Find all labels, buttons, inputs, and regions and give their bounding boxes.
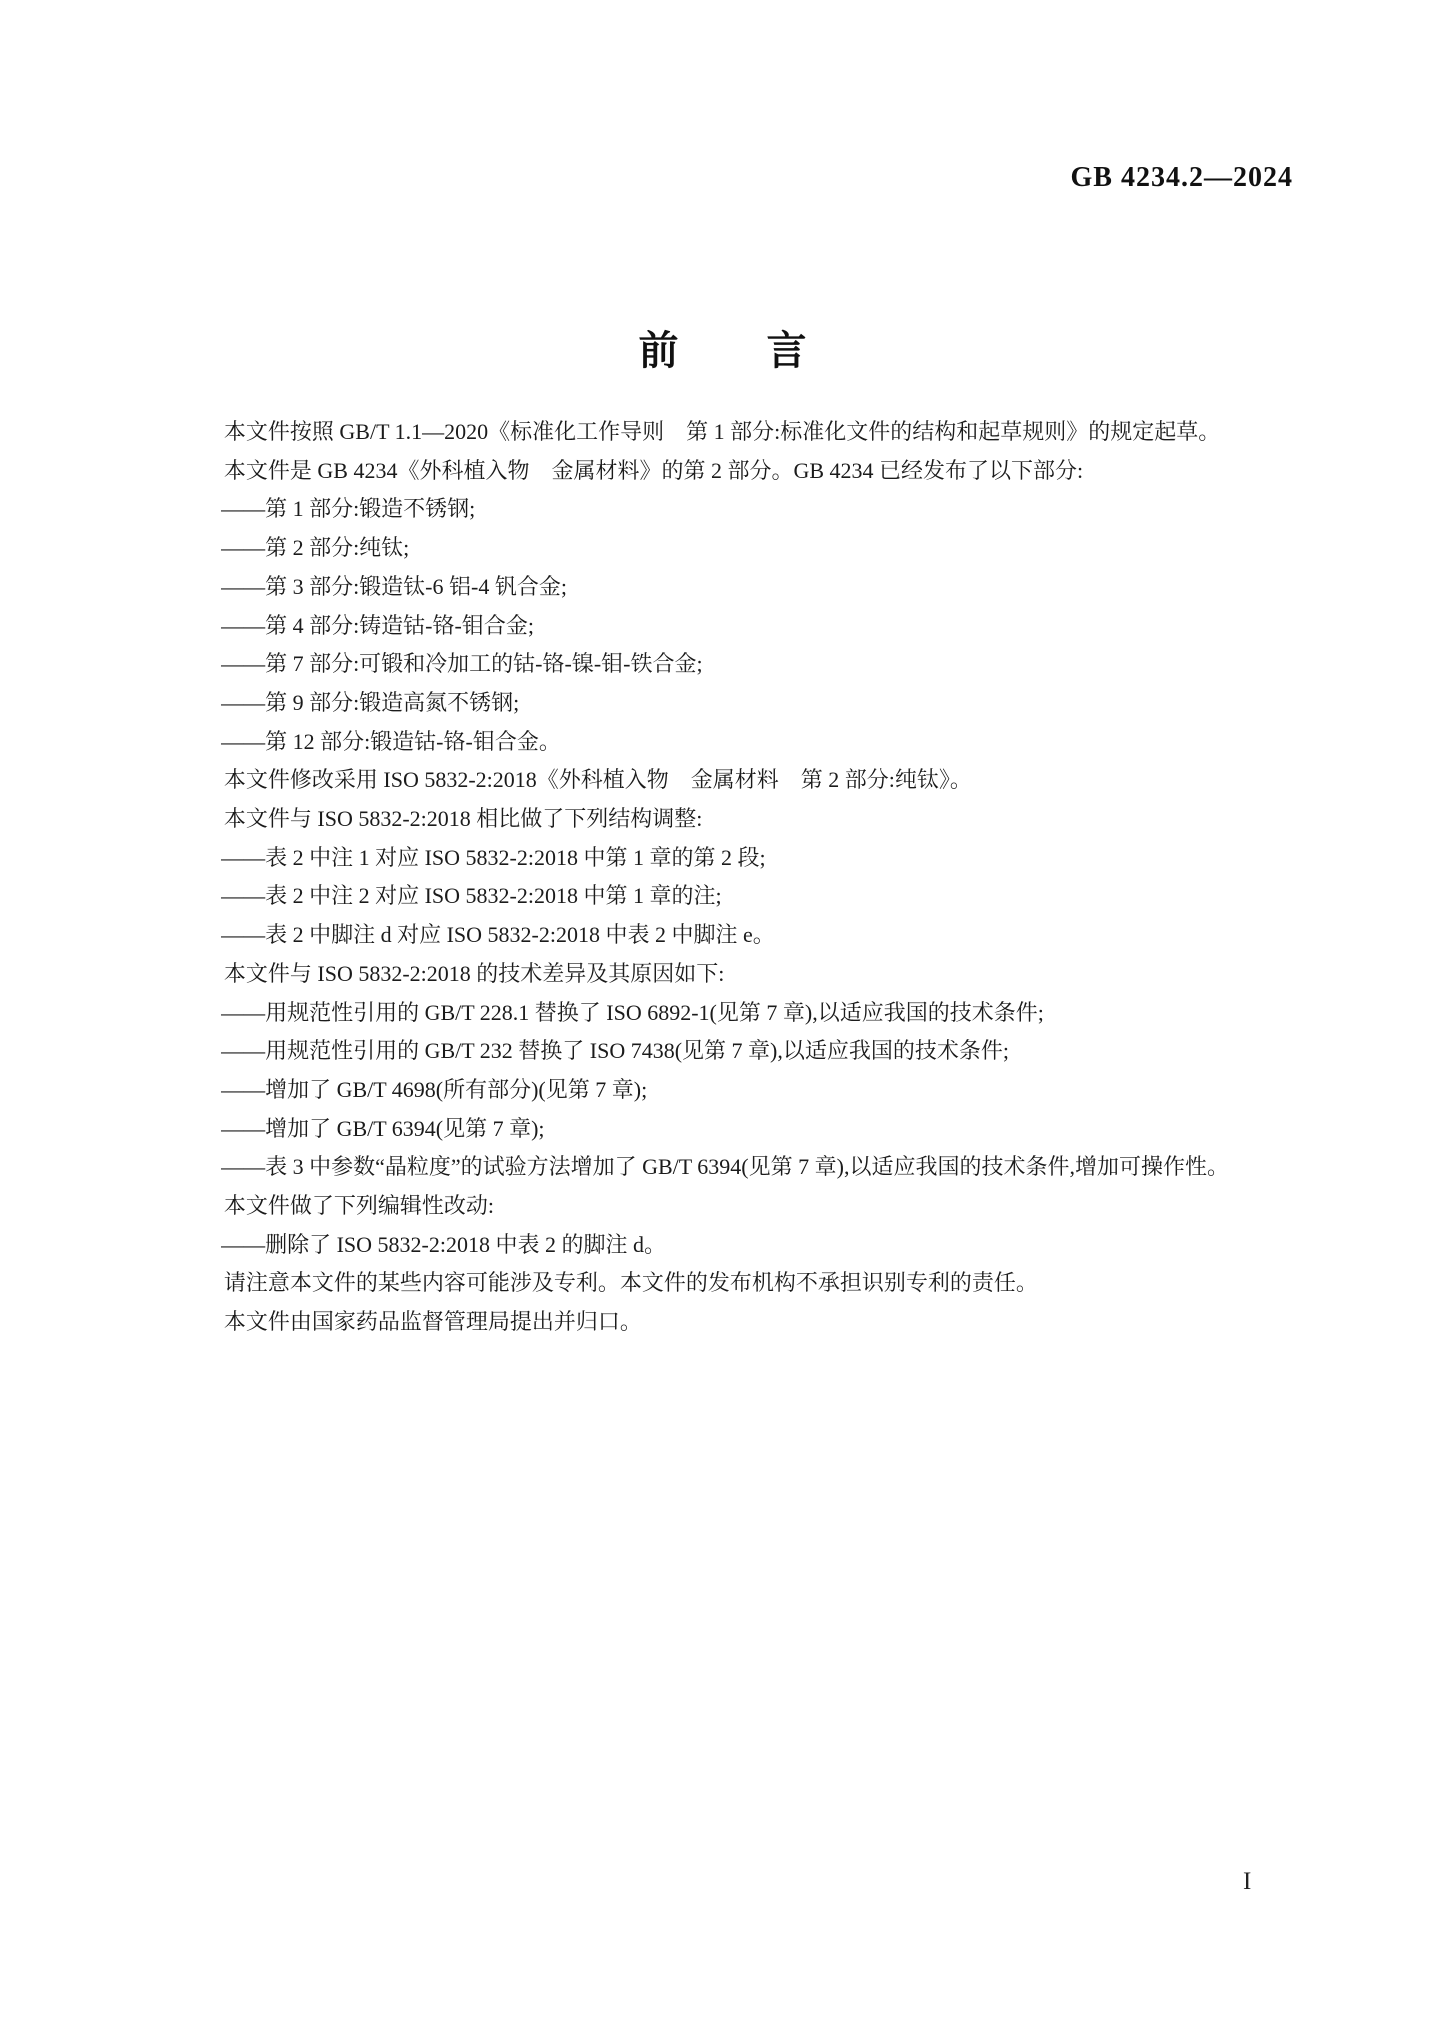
foreword-list-item: ——第 7 部分:可锻和冷加工的钴-铬-镍-钼-铁合金;	[172, 645, 1290, 684]
foreword-list-item: ——第 3 部分:锻造钛-6 铝-4 钒合金;	[172, 568, 1290, 607]
foreword-paragraph: 本文件是 GB 4234《外科植入物 金属材料》的第 2 部分。GB 4234 …	[172, 452, 1290, 491]
foreword-paragraph: 请注意本文件的某些内容可能涉及专利。本文件的发布机构不承担识别专利的责任。	[172, 1264, 1290, 1303]
foreword-list-item: ——删除了 ISO 5832-2:2018 中表 2 的脚注 d。	[172, 1226, 1290, 1265]
foreword-body: 本文件按照 GB/T 1.1—2020《标准化工作导则 第 1 部分:标准化文件…	[172, 413, 1290, 1342]
foreword-list-item: ——用规范性引用的 GB/T 232 替换了 ISO 7438(见第 7 章),…	[172, 1032, 1290, 1071]
foreword-list-item: ——表 2 中脚注 d 对应 ISO 5832-2:2018 中表 2 中脚注 …	[172, 916, 1290, 955]
foreword-list-item: ——表 3 中参数“晶粒度”的试验方法增加了 GB/T 6394(见第 7 章)…	[172, 1148, 1290, 1187]
foreword-paragraph: 本文件与 ISO 5832-2:2018 相比做了下列结构调整:	[172, 800, 1290, 839]
foreword-list-item: ——第 12 部分:锻造钴-铬-钼合金。	[172, 723, 1290, 762]
foreword-list-item: ——第 4 部分:铸造钴-铬-钼合金;	[172, 607, 1290, 646]
page-number: I	[1243, 1868, 1251, 1896]
foreword-list-item: ——第 9 部分:锻造高氮不锈钢;	[172, 684, 1290, 723]
page-title: 前言	[0, 319, 1445, 376]
document-page: GB 4234.2—2024 前言 本文件按照 GB/T 1.1—2020《标准…	[0, 0, 1445, 2044]
foreword-paragraph: 本文件由国家药品监督管理局提出并归口。	[172, 1303, 1290, 1342]
foreword-paragraph: 本文件与 ISO 5832-2:2018 的技术差异及其原因如下:	[172, 955, 1290, 994]
foreword-list-item: ——表 2 中注 1 对应 ISO 5832-2:2018 中第 1 章的第 2…	[172, 839, 1290, 878]
foreword-paragraph: 本文件做了下列编辑性改动:	[172, 1187, 1290, 1226]
foreword-list-item: ——用规范性引用的 GB/T 228.1 替换了 ISO 6892-1(见第 7…	[172, 994, 1290, 1033]
foreword-paragraph: 本文件修改采用 ISO 5832-2:2018《外科植入物 金属材料 第 2 部…	[172, 761, 1290, 800]
foreword-paragraph: 本文件按照 GB/T 1.1—2020《标准化工作导则 第 1 部分:标准化文件…	[172, 413, 1290, 452]
foreword-list-item: ——第 1 部分:锻造不锈钢;	[172, 490, 1290, 529]
standard-code: GB 4234.2—2024	[1071, 162, 1293, 194]
foreword-list-item: ——增加了 GB/T 4698(所有部分)(见第 7 章);	[172, 1071, 1290, 1110]
foreword-list-item: ——增加了 GB/T 6394(见第 7 章);	[172, 1110, 1290, 1149]
foreword-list-item: ——表 2 中注 2 对应 ISO 5832-2:2018 中第 1 章的注;	[172, 877, 1290, 916]
foreword-list-item: ——第 2 部分:纯钛;	[172, 529, 1290, 568]
